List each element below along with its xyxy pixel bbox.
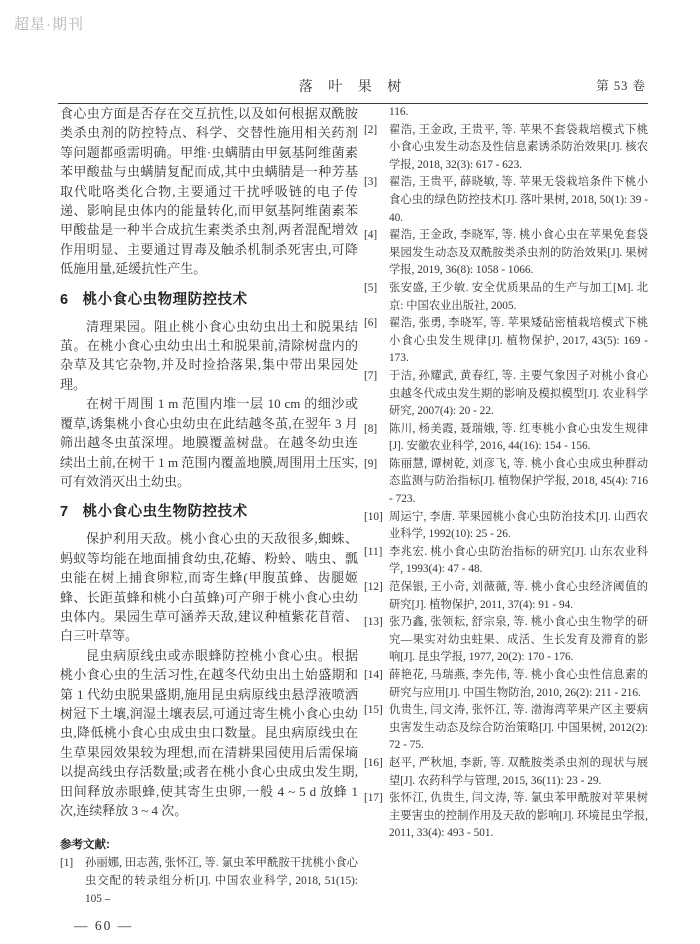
reference-item-9: [9] 陈丽慧, 谭树乾, 刘彦飞, 等. 桃小食心虫成虫种群动态监测与防治指标… [364, 456, 648, 509]
page-number: — 60 — [74, 918, 358, 934]
reference-number: [14] [364, 667, 389, 702]
right-column: 116. [2] 翟浩, 王金政, 王贵平, 等. 苹果不套袋栽培模式下桃小食心… [364, 104, 648, 934]
references-label: 参考文献: [60, 836, 358, 852]
section-6-title: 桃小食心虫物理防控技术 [83, 292, 248, 308]
reference-item-16: [16] 赵平, 严秋旭, 李新, 等. 双酰胺类杀虫剂的现状与展望[J]. 农… [364, 755, 648, 790]
reference-item-4: [4] 翟浩, 王金政, 李晓军, 等. 桃小食心虫在苹果免套袋果园发生动态及双… [364, 227, 648, 280]
reference-number: [10] [364, 509, 389, 544]
reference-item-11: [11] 李兆宏. 桃小食心虫防治指标的研究[J]. 山东农业科学, 1993(… [364, 544, 648, 579]
two-column-layout: 食心虫方面是否存在交互抗性,以及如何根据双酰胺类杀虫剂的防控特点、科学、交替性施… [60, 104, 648, 934]
volume-label: 第 53 卷 [596, 76, 646, 94]
reference-number: [7] [364, 368, 389, 421]
reference-number: [9] [364, 456, 389, 509]
reference-item-6: [6] 翟浩, 张勇, 李晓军, 等. 苹果矮砧密植栽培模式下桃小食心虫发生规律… [364, 315, 648, 368]
reference-text: 张安盛, 王少敏. 安全优质果品的生产与加工[M]. 北京: 中国农业出版社, … [389, 280, 648, 315]
reference-text: 翟浩, 王贵平, 薛晓敏, 等. 苹果无袋栽培条件下桃小食心虫的绿色防控技术[J… [389, 174, 648, 227]
reference-item-15: [15] 仇贵生, 闫文涛, 张怀江, 等. 渤海湾苹果产区主要病虫害发生动态及… [364, 702, 648, 755]
section-6-number: 6 [60, 292, 69, 308]
reference-number: [11] [364, 544, 389, 579]
reference-item-13: [13] 张乃鑫, 张领耘, 舒宗泉, 等. 桃小食心虫生物学的研究—果实对幼虫… [364, 614, 648, 667]
reference-number: [2] [364, 122, 389, 175]
reference-1-continuation: 116. [389, 104, 648, 122]
reference-text: 薛艳花, 马瑞燕, 李先伟, 等. 桃小食心虫性信息素的研究与应用[J]. 中国… [389, 667, 648, 702]
reference-number: [13] [364, 614, 389, 667]
reference-item-5: [5] 张安盛, 王少敏. 安全优质果品的生产与加工[M]. 北京: 中国农业出… [364, 280, 648, 315]
reference-text: 于洁, 孙耀武, 黄春红, 等. 主要气象因子对桃小食心虫越冬代成虫发生期的影响… [389, 368, 648, 421]
section-6-paragraph-2: 在树干周围 1 m 范围内堆一层 10 cm 的细沙或覆草,诱集桃小食心虫幼虫在… [60, 394, 358, 491]
intro-paragraph: 食心虫方面是否存在交互抗性,以及如何根据双酰胺类杀虫剂的防控特点、科学、交替性施… [60, 104, 358, 279]
journal-title: 落 叶 果 树 [58, 76, 648, 96]
reference-text: 仇贵生, 闫文涛, 张怀江, 等. 渤海湾苹果产区主要病虫害发生动态及综合防治策… [389, 702, 648, 755]
section-7-paragraph-1: 保护利用天敌。桃小食心虫的天敌很多,蜘蛛、蚂蚁等均能在地面捕食幼虫,花蝽、粉蛉、… [60, 529, 358, 645]
reference-text: 张怀江, 仇贵生, 闫文涛, 等. 氯虫苯甲酰胺对苹果树主要害虫的控制作用及天敌… [389, 790, 648, 843]
reference-text: 陈川, 杨美霞, 聂瑞娥, 等. 红枣桃小食心虫发生规律[J]. 安徽农业科学,… [389, 421, 648, 456]
reference-text: 李兆宏. 桃小食心虫防治指标的研究[J]. 山东农业科学, 1993(4): 4… [389, 544, 648, 579]
reference-number: [15] [364, 702, 389, 755]
reference-text: 范保银, 王小奇, 刘薇薇, 等. 桃小食心虫经济阈值的研究[J]. 植物保护,… [389, 579, 648, 614]
page-header: 落 叶 果 树 第 53 卷 [58, 76, 648, 104]
reference-number: [3] [364, 174, 389, 227]
reference-number: [12] [364, 579, 389, 614]
reference-text: 张乃鑫, 张领耘, 舒宗泉, 等. 桃小食心虫生物学的研究—果实对幼虫蛀果、成活… [389, 614, 648, 667]
reference-number: [1] [60, 855, 85, 908]
left-column: 食心虫方面是否存在交互抗性,以及如何根据双酰胺类杀虫剂的防控特点、科学、交替性施… [60, 104, 358, 934]
reference-number: [16] [364, 755, 389, 790]
reference-number: [6] [364, 315, 389, 368]
reference-text: 翟浩, 王金政, 李晓军, 等. 桃小食心虫在苹果免套袋果园发生动态及双酰胺类杀… [389, 227, 648, 280]
reference-text: 孙丽娜, 田志茜, 张怀江, 等. 氯虫苯甲酰胺干扰桃小食心虫交配的转录组分析[… [85, 855, 358, 908]
platform-watermark: 超星·期刊 [14, 13, 84, 34]
reference-text: 翟浩, 张勇, 李晓军, 等. 苹果矮砧密植栽培模式下桃小食心虫发生规律[J].… [389, 315, 648, 368]
reference-number: [4] [364, 227, 389, 280]
reference-number: [17] [364, 790, 389, 843]
reference-text: 赵平, 严秋旭, 李新, 等. 双酰胺类杀虫剂的现状与展望[J]. 农药科学与管… [389, 755, 648, 790]
section-7-heading: 7桃小食心虫生物防控技术 [60, 500, 358, 521]
section-7-paragraph-2: 昆虫病原线虫或赤眼蜂防控桃小食心虫。根据桃小食心虫的生活习性,在越冬代幼虫出土始… [60, 646, 358, 821]
reference-text: 翟浩, 王金政, 王贵平, 等. 苹果不套袋栽培模式下桃小食心虫发生动态及性信息… [389, 122, 648, 175]
section-6-paragraph-1: 清理果园。阻止桃小食心虫幼虫出土和脱果结茧。在桃小食心虫幼虫出土和脱果前,清除树… [60, 317, 358, 395]
reference-item-3: [3] 翟浩, 王贵平, 薛晓敏, 等. 苹果无袋栽培条件下桃小食心虫的绿色防控… [364, 174, 648, 227]
reference-text: 陈丽慧, 谭树乾, 刘彦飞, 等. 桃小食心虫成虫种群动态监测与防治指标[J].… [389, 456, 648, 509]
reference-item-8: [8] 陈川, 杨美霞, 聂瑞娥, 等. 红枣桃小食心虫发生规律[J]. 安徽农… [364, 421, 648, 456]
reference-item-2: [2] 翟浩, 王金政, 王贵平, 等. 苹果不套袋栽培模式下桃小食心虫发生动态… [364, 122, 648, 175]
reference-item-10: [10] 周运宁, 李唐. 苹果园桃小食心虫防治技术[J]. 山西农业科学, 1… [364, 509, 648, 544]
journal-page: 超星·期刊 落 叶 果 树 第 53 卷 食心虫方面是否存在交互抗性,以及如何根… [0, 0, 700, 944]
reference-item-14: [14] 薛艳花, 马瑞燕, 李先伟, 等. 桃小食心虫性信息素的研究与应用[J… [364, 667, 648, 702]
reference-item-17: [17] 张怀江, 仇贵生, 闫文涛, 等. 氯虫苯甲酰胺对苹果树主要害虫的控制… [364, 790, 648, 843]
reference-number: [5] [364, 280, 389, 315]
section-7-number: 7 [60, 504, 69, 520]
reference-item-1: [1] 孙丽娜, 田志茜, 张怀江, 等. 氯虫苯甲酰胺干扰桃小食心虫交配的转录… [60, 855, 358, 908]
section-7-title: 桃小食心虫生物防控技术 [83, 504, 248, 520]
reference-text: 周运宁, 李唐. 苹果园桃小食心虫防治技术[J]. 山西农业科学, 1992(1… [389, 509, 648, 544]
reference-number: [8] [364, 421, 389, 456]
section-6-heading: 6桃小食心虫物理防控技术 [60, 288, 358, 309]
reference-item-12: [12] 范保银, 王小奇, 刘薇薇, 等. 桃小食心虫经济阈值的研究[J]. … [364, 579, 648, 614]
reference-item-7: [7] 于洁, 孙耀武, 黄春红, 等. 主要气象因子对桃小食心虫越冬代成虫发生… [364, 368, 648, 421]
